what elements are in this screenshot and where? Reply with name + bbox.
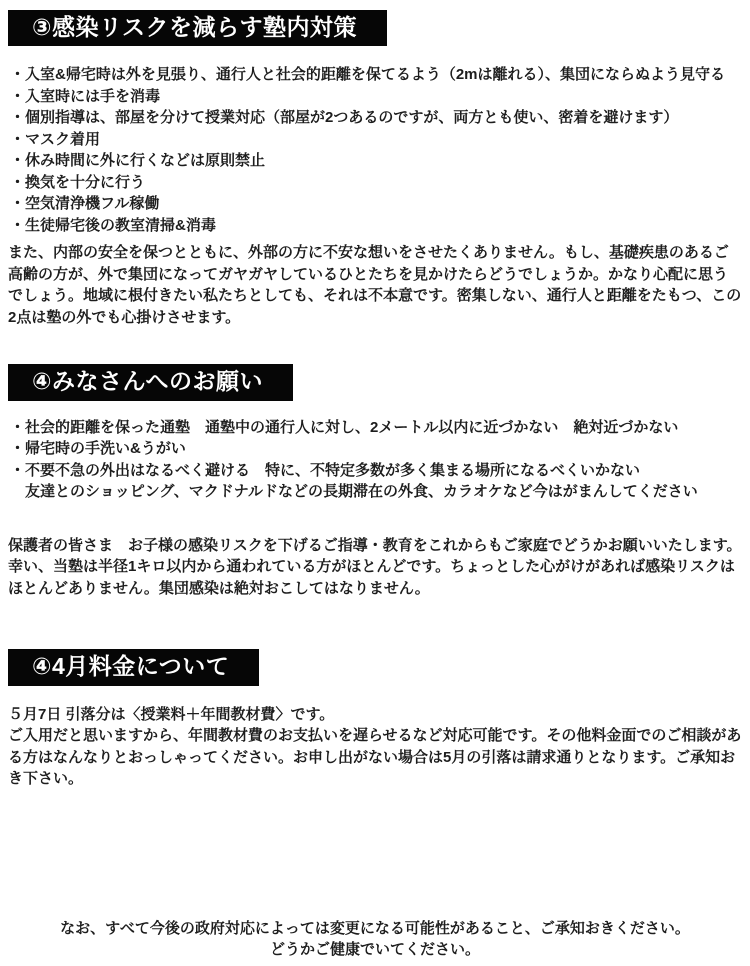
bullet-item: ・生徒帰宅後の教室清掃&消毒 xyxy=(10,215,742,237)
bullet-item: ・入室時には手を消毒 xyxy=(10,86,742,108)
bullet-continuation: 友達とのショッピング、マクドナルドなどの長期滞在の外食、カラオケなど今はがまんし… xyxy=(10,481,742,503)
fees-text-block: ５月7日 引落分は〈授業料＋年間教材費〉です。 ご入用だと思いますから、年間教材… xyxy=(8,704,742,790)
measures-bullet-list: ・入室&帰宅時は外を見張り、通行人と社会的距離を保てるよう（2mは離れる）、集団… xyxy=(8,64,742,236)
bullet-item: ・帰宅時の手洗い&うがい xyxy=(10,438,742,460)
section-heading-request: ④みなさんへのお願い xyxy=(8,364,293,400)
section-heading-fees: ④4月料金について xyxy=(8,649,259,685)
section-heading-measures: ③感染リスクを減らす塾内対策 xyxy=(8,10,387,46)
document-page: ③感染リスクを減らす塾内対策 ・入室&帰宅時は外を見張り、通行人と社会的距離を保… xyxy=(0,0,750,966)
closing-line1: なお、すべて今後の政府対応によっては変更になる可能性があること、ご承知おきくださ… xyxy=(8,918,742,940)
measures-paragraph: また、内部の安全を保つとともに、外部の方に不安な想いをさせたくありません。もし、… xyxy=(8,242,742,328)
bullet-item: ・入室&帰宅時は外を見張り、通行人と社会的距離を保てるよう（2mは離れる）、集団… xyxy=(10,64,742,86)
bullet-item: ・換気を十分に行う xyxy=(10,172,742,194)
request-paragraph: 保護者の皆さま お子様の感染リスクを下げるご指導・教育をこれからもご家庭でどうか… xyxy=(8,535,742,600)
fees-line1: ５月7日 引落分は〈授業料＋年間教材費〉です。 xyxy=(8,704,742,726)
request-bullet-list: ・社会的距離を保った通塾 通塾中の通行人に対し、2メートル以内に近づかない 絶対… xyxy=(8,417,742,503)
bullet-item: ・マスク着用 xyxy=(10,129,742,151)
bullet-item: ・個別指導は、部屋を分けて授業対応（部屋が2つあるのですが、両方とも使い、密着を… xyxy=(10,107,742,129)
bullet-item: ・社会的距離を保った通塾 通塾中の通行人に対し、2メートル以内に近づかない 絶対… xyxy=(10,417,742,439)
fees-paragraph: ご入用だと思いますから、年間教材費のお支払いを遅らせるなど対応可能です。その他料… xyxy=(8,725,742,790)
closing-note: なお、すべて今後の政府対応によっては変更になる可能性があること、ご承知おきくださ… xyxy=(8,918,742,961)
closing-line2: どうかご健康でいてください。 xyxy=(8,939,742,961)
bullet-item: ・休み時間に外に行くなどは原則禁止 xyxy=(10,150,742,172)
bullet-item: ・空気清浄機フル稼働 xyxy=(10,193,742,215)
bullet-item: ・不要不急の外出はなるべく避ける 特に、不特定多数が多く集まる場所になるべくいか… xyxy=(10,460,742,482)
